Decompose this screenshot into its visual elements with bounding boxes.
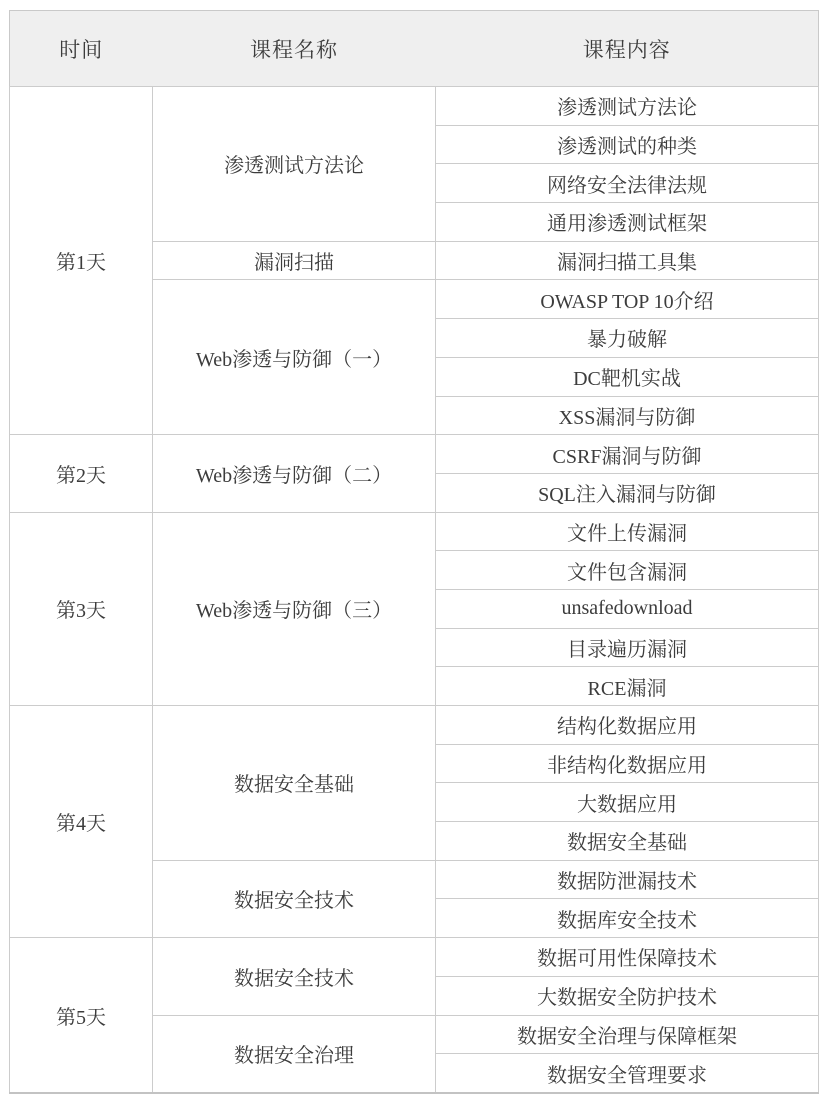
table-header: 时间 课程名称 课程内容: [10, 11, 819, 87]
time-cell: 第1天: [10, 87, 153, 435]
course-content-cell: 大数据安全防护技术: [436, 976, 819, 1015]
table-row: 第1天渗透测试方法论渗透测试方法论: [10, 87, 819, 126]
table-row: 第2天Web渗透与防御（二）CSRF漏洞与防御: [10, 435, 819, 474]
course-content-cell: OWASP TOP 10介绍: [436, 280, 819, 319]
course-content-cell: 数据安全治理与保障框架: [436, 1015, 819, 1054]
table-row: 第4天数据安全基础结构化数据应用: [10, 706, 819, 745]
course-name-cell: 数据安全技术: [153, 860, 436, 937]
course-content-cell: RCE漏洞: [436, 667, 819, 706]
course-content-cell: 结构化数据应用: [436, 706, 819, 745]
time-cell: 第2天: [10, 435, 153, 512]
course-name-cell: 数据安全基础: [153, 706, 436, 861]
course-name-cell: Web渗透与防御（三）: [153, 512, 436, 705]
page: 时间 课程名称 课程内容 第1天渗透测试方法论渗透测试方法论渗透测试的种类网络安…: [0, 0, 825, 1101]
table-row: 第5天数据安全技术数据可用性保障技术: [10, 938, 819, 977]
course-content-cell: unsafedownload: [436, 589, 819, 628]
course-content-cell: 数据防泄漏技术: [436, 860, 819, 899]
course-name-cell: 漏洞扫描: [153, 241, 436, 280]
course-content-cell: SQL注入漏洞与防御: [436, 473, 819, 512]
time-cell: 第4天: [10, 706, 153, 938]
course-schedule-table: 时间 课程名称 课程内容 第1天渗透测试方法论渗透测试方法论渗透测试的种类网络安…: [9, 10, 819, 1094]
time-cell: 第5天: [10, 938, 153, 1093]
course-content-cell: 数据可用性保障技术: [436, 938, 819, 977]
column-header-content: 课程内容: [436, 11, 819, 87]
course-content-cell: 通用渗透测试框架: [436, 203, 819, 242]
course-name-cell: 数据安全治理: [153, 1015, 436, 1093]
course-content-cell: DC靶机实战: [436, 357, 819, 396]
course-content-cell: 大数据应用: [436, 783, 819, 822]
course-content-cell: 网络安全法律法规: [436, 164, 819, 203]
course-content-cell: 目录遍历漏洞: [436, 628, 819, 667]
time-cell: 第3天: [10, 512, 153, 705]
header-row: 时间 课程名称 课程内容: [10, 11, 819, 87]
course-name-cell: Web渗透与防御（二）: [153, 435, 436, 512]
course-name-cell: Web渗透与防御（一）: [153, 280, 436, 435]
course-name-cell: 渗透测试方法论: [153, 87, 436, 242]
course-content-cell: CSRF漏洞与防御: [436, 435, 819, 474]
course-content-cell: 渗透测试方法论: [436, 87, 819, 126]
course-content-cell: 数据安全管理要求: [436, 1054, 819, 1093]
course-content-cell: 漏洞扫描工具集: [436, 241, 819, 280]
course-name-cell: 数据安全技术: [153, 938, 436, 1015]
course-content-cell: 非结构化数据应用: [436, 744, 819, 783]
table-body: 第1天渗透测试方法论渗透测试方法论渗透测试的种类网络安全法律法规通用渗透测试框架…: [10, 87, 819, 1093]
column-header-course: 课程名称: [153, 11, 436, 87]
course-content-cell: 文件包含漏洞: [436, 551, 819, 590]
course-content-cell: XSS漏洞与防御: [436, 396, 819, 435]
column-header-time: 时间: [10, 11, 153, 87]
course-schedule: 时间 课程名称 课程内容 第1天渗透测试方法论渗透测试方法论渗透测试的种类网络安…: [9, 10, 818, 1094]
course-content-cell: 渗透测试的种类: [436, 125, 819, 164]
course-content-cell: 数据库安全技术: [436, 899, 819, 938]
course-content-cell: 文件上传漏洞: [436, 512, 819, 551]
table-row: 第3天Web渗透与防御（三）文件上传漏洞: [10, 512, 819, 551]
course-content-cell: 暴力破解: [436, 319, 819, 358]
course-content-cell: 数据安全基础: [436, 822, 819, 861]
